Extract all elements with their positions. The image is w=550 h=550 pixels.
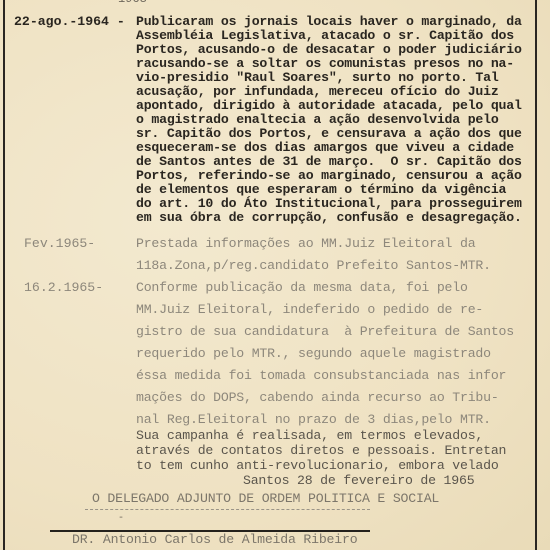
entry-text-line: mações do DOPS, cabendo ainda recurso ao… [136,390,499,405]
entry-text-line: Prestada informações ao MM.Juiz Eleitora… [136,236,475,251]
entry-text-line: nal Reg.Eleitoral no prazo de 3 dias,pel… [136,412,491,427]
entry-text-line: do art. 10 do Áto Institucional, para pr… [136,196,522,211]
entry-text-line: acusação, por infundada, mereceu ofício … [136,84,499,99]
entry-text-line: éssa medida foi tomada consubstanciada n… [136,368,506,383]
entry-text-line: de Santos antes de 31 de março. O sr. Ca… [136,154,522,169]
closing-text-line: através de contatos diretos e pessoais. … [136,443,506,458]
entry-text-line: de elementos que esperaram o término da … [136,182,506,197]
entry-text-line: Portos, acusando-o de desacatar o poder … [136,42,522,57]
entry-text-line: sr. Capitão dos Portos, e censurava a aç… [136,126,522,141]
entry-text-line: Assembléia Legislativa, atacado o sr. Ca… [136,28,514,43]
top-cut-fragment: 1963 [118,0,147,6]
entry-text-line: Publicaram os jornais locais haver o mar… [136,14,522,29]
entry-text-line: 118a.Zona,p/reg.candidato Prefeito Santo… [136,258,491,273]
left-margin-rule [3,0,5,550]
entry-text-line: gistro de sua candidatura à Prefeitura d… [136,324,514,339]
signature-name: DR. Antonio Carlos de Almeida Ribeiro [72,532,357,547]
entry-text-line: Portos, referindo-se ao marginado, censu… [136,168,522,183]
entry-date: 22-ago.-1964 - [14,14,125,29]
entry-text-line: esqueceram-se dos dias amargos que viveu… [136,140,514,155]
entry-text-line: racusando-se a soltar os comunistas pres… [136,56,514,71]
entry-date: Fev.1965- [24,236,95,251]
right-margin-rule [535,0,537,550]
entry-text-line: requerido pelo MTR., segundo aquele magi… [136,346,491,361]
entry-text-line: MM.Juiz Eleitoral, indeferido o pedido d… [136,302,483,317]
office-title: O DELEGADO ADJUNTO DE ORDEM POLITICA E S… [92,491,439,506]
entry-text-line: o magistrado enaltecia a ação desenvolvi… [136,112,499,127]
entry-text-line: apontado, dirigido à autoridade atacada,… [136,98,522,113]
document-page: 1963 22-ago.-1964 - Publicaram os jornai… [0,0,550,550]
entry-text-line: em sua óbra de corrupção, confusão e des… [136,210,522,225]
signature-dashed-line [85,509,370,510]
closing-text-line: to tem cunho anti-revolucionario, embora… [136,458,499,473]
signature-mark: - [118,513,124,524]
entry-date: 16.2.1965- [24,280,103,295]
entry-text-line: Conforme publicação da mesma data, foi p… [136,280,468,295]
place-date: Santos 28 de fevereiro de 1965 [243,473,474,488]
closing-text-line: Sua campanha é realisada, em termos elev… [136,428,483,443]
entry-text-line: vio-presidio "Raul Soares", surto no por… [136,70,499,85]
